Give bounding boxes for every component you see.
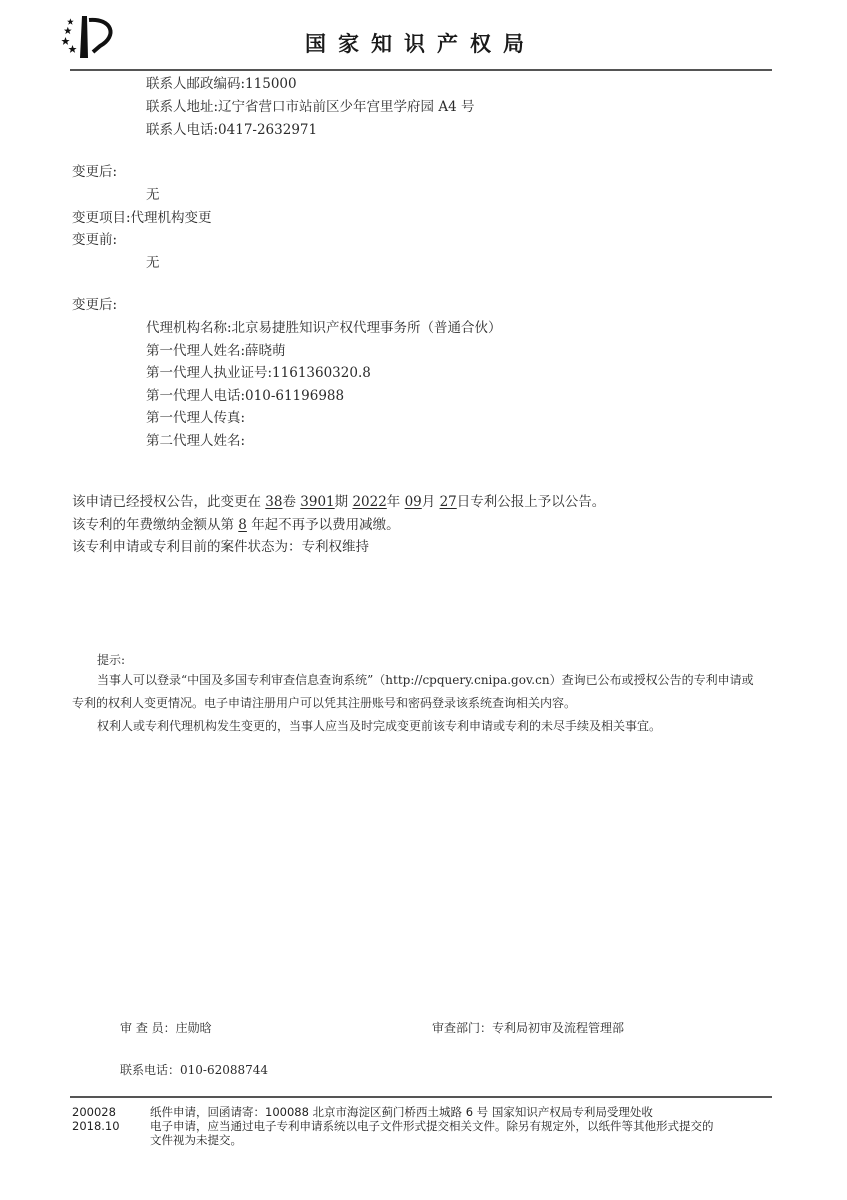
header-rule <box>70 69 772 71</box>
announcement-line-1: 该申请已经授权公告，此变更在 38卷 3901期 2022年 09月 27日专利… <box>72 492 605 513</box>
issue-unit: 期 <box>335 494 349 510</box>
form-code: 200028 <box>72 1105 116 1119</box>
gazette-volume: 38 <box>265 494 282 510</box>
notice-label: 提示: <box>97 651 125 668</box>
cnipa-logo-icon <box>60 14 122 60</box>
form-date: 2018.10 <box>72 1119 120 1133</box>
fee-prefix: 该专利的年费缴纳金额从第 <box>72 517 234 533</box>
first-agent-phone: 第一代理人电话:010-61196988 <box>146 386 344 407</box>
change-after-label: 变更后: <box>72 162 117 183</box>
notice-line-1: 当事人可以登录“中国及多国专利审查信息查询系统”（http://cpquery.… <box>97 671 754 688</box>
contact-postal-code: 联系人邮政编码:115000 <box>146 74 297 95</box>
change-item: 变更项目:代理机构变更 <box>72 208 212 229</box>
footer-line-1: 纸件申请，回函请寄：100088 北京市海淀区蓟门桥西土城路 6 号 国家知识产… <box>150 1105 653 1119</box>
change-after-value: 无 <box>146 185 160 206</box>
gazette-month: 09 <box>405 494 422 510</box>
gazette-issue: 3901 <box>300 494 334 510</box>
examiner: 审 查 员：庄勋晗 <box>120 1019 212 1036</box>
agency-name: 代理机构名称:北京易捷胜知识产权代理事务所（普通合伙） <box>146 318 502 339</box>
announcement-line-2: 该专利的年费缴纳金额从第 8 年起不再予以费用减缴。 <box>72 515 400 536</box>
first-agent-license: 第一代理人执业证号:1161360320.8 <box>146 363 371 384</box>
department: 审查部门：专利局初审及流程管理部 <box>432 1019 624 1036</box>
gazette-day: 27 <box>440 494 457 510</box>
gazette-year: 2022 <box>352 494 386 510</box>
change-before-value: 无 <box>146 253 160 274</box>
notice-line-2: 专利的权利人变更情况。电子申请注册用户可以凭其注册账号和密码登录该系统查询相关内… <box>72 694 576 711</box>
announcement-prefix: 该申请已经授权公告，此变更在 <box>72 494 261 510</box>
notice-line-3: 权利人或专利代理机构发生变更的，当事人应当及时完成变更前该专利申请或专利的未尽手… <box>97 717 661 734</box>
page-title: 国家知识产权局 <box>305 28 536 58</box>
fee-suffix: 年起不再予以费用减缴。 <box>251 517 400 533</box>
announcement-suffix: 日专利公报上予以公告。 <box>457 494 606 510</box>
contact-phone-footer: 联系电话：010-62088744 <box>120 1061 268 1078</box>
contact-phone: 联系人电话:0417-2632971 <box>146 120 317 141</box>
year-unit: 年 <box>387 494 401 510</box>
volume-unit: 卷 <box>282 494 296 510</box>
month-unit: 月 <box>422 494 436 510</box>
first-agent-fax: 第一代理人传真: <box>146 408 245 429</box>
case-status: 该专利申请或专利目前的案件状态为：专利权维持 <box>72 537 369 558</box>
footer-line-3: 文件视为未提交。 <box>150 1133 242 1147</box>
change-after-label-2: 变更后: <box>72 295 117 316</box>
first-agent-name: 第一代理人姓名:薛晓萌 <box>146 341 286 362</box>
second-agent-name: 第二代理人姓名: <box>146 431 245 452</box>
footer-line-2: 电子申请，应当通过电子专利申请系统以电子文件形式提交相关文件。除另有规定外，以纸… <box>150 1119 714 1133</box>
fee-year: 8 <box>238 517 247 533</box>
contact-address: 联系人地址:辽宁省营口市站前区少年宫里学府园 A4 号 <box>146 97 474 118</box>
footer-rule <box>70 1096 772 1098</box>
change-before-label: 变更前: <box>72 230 117 251</box>
